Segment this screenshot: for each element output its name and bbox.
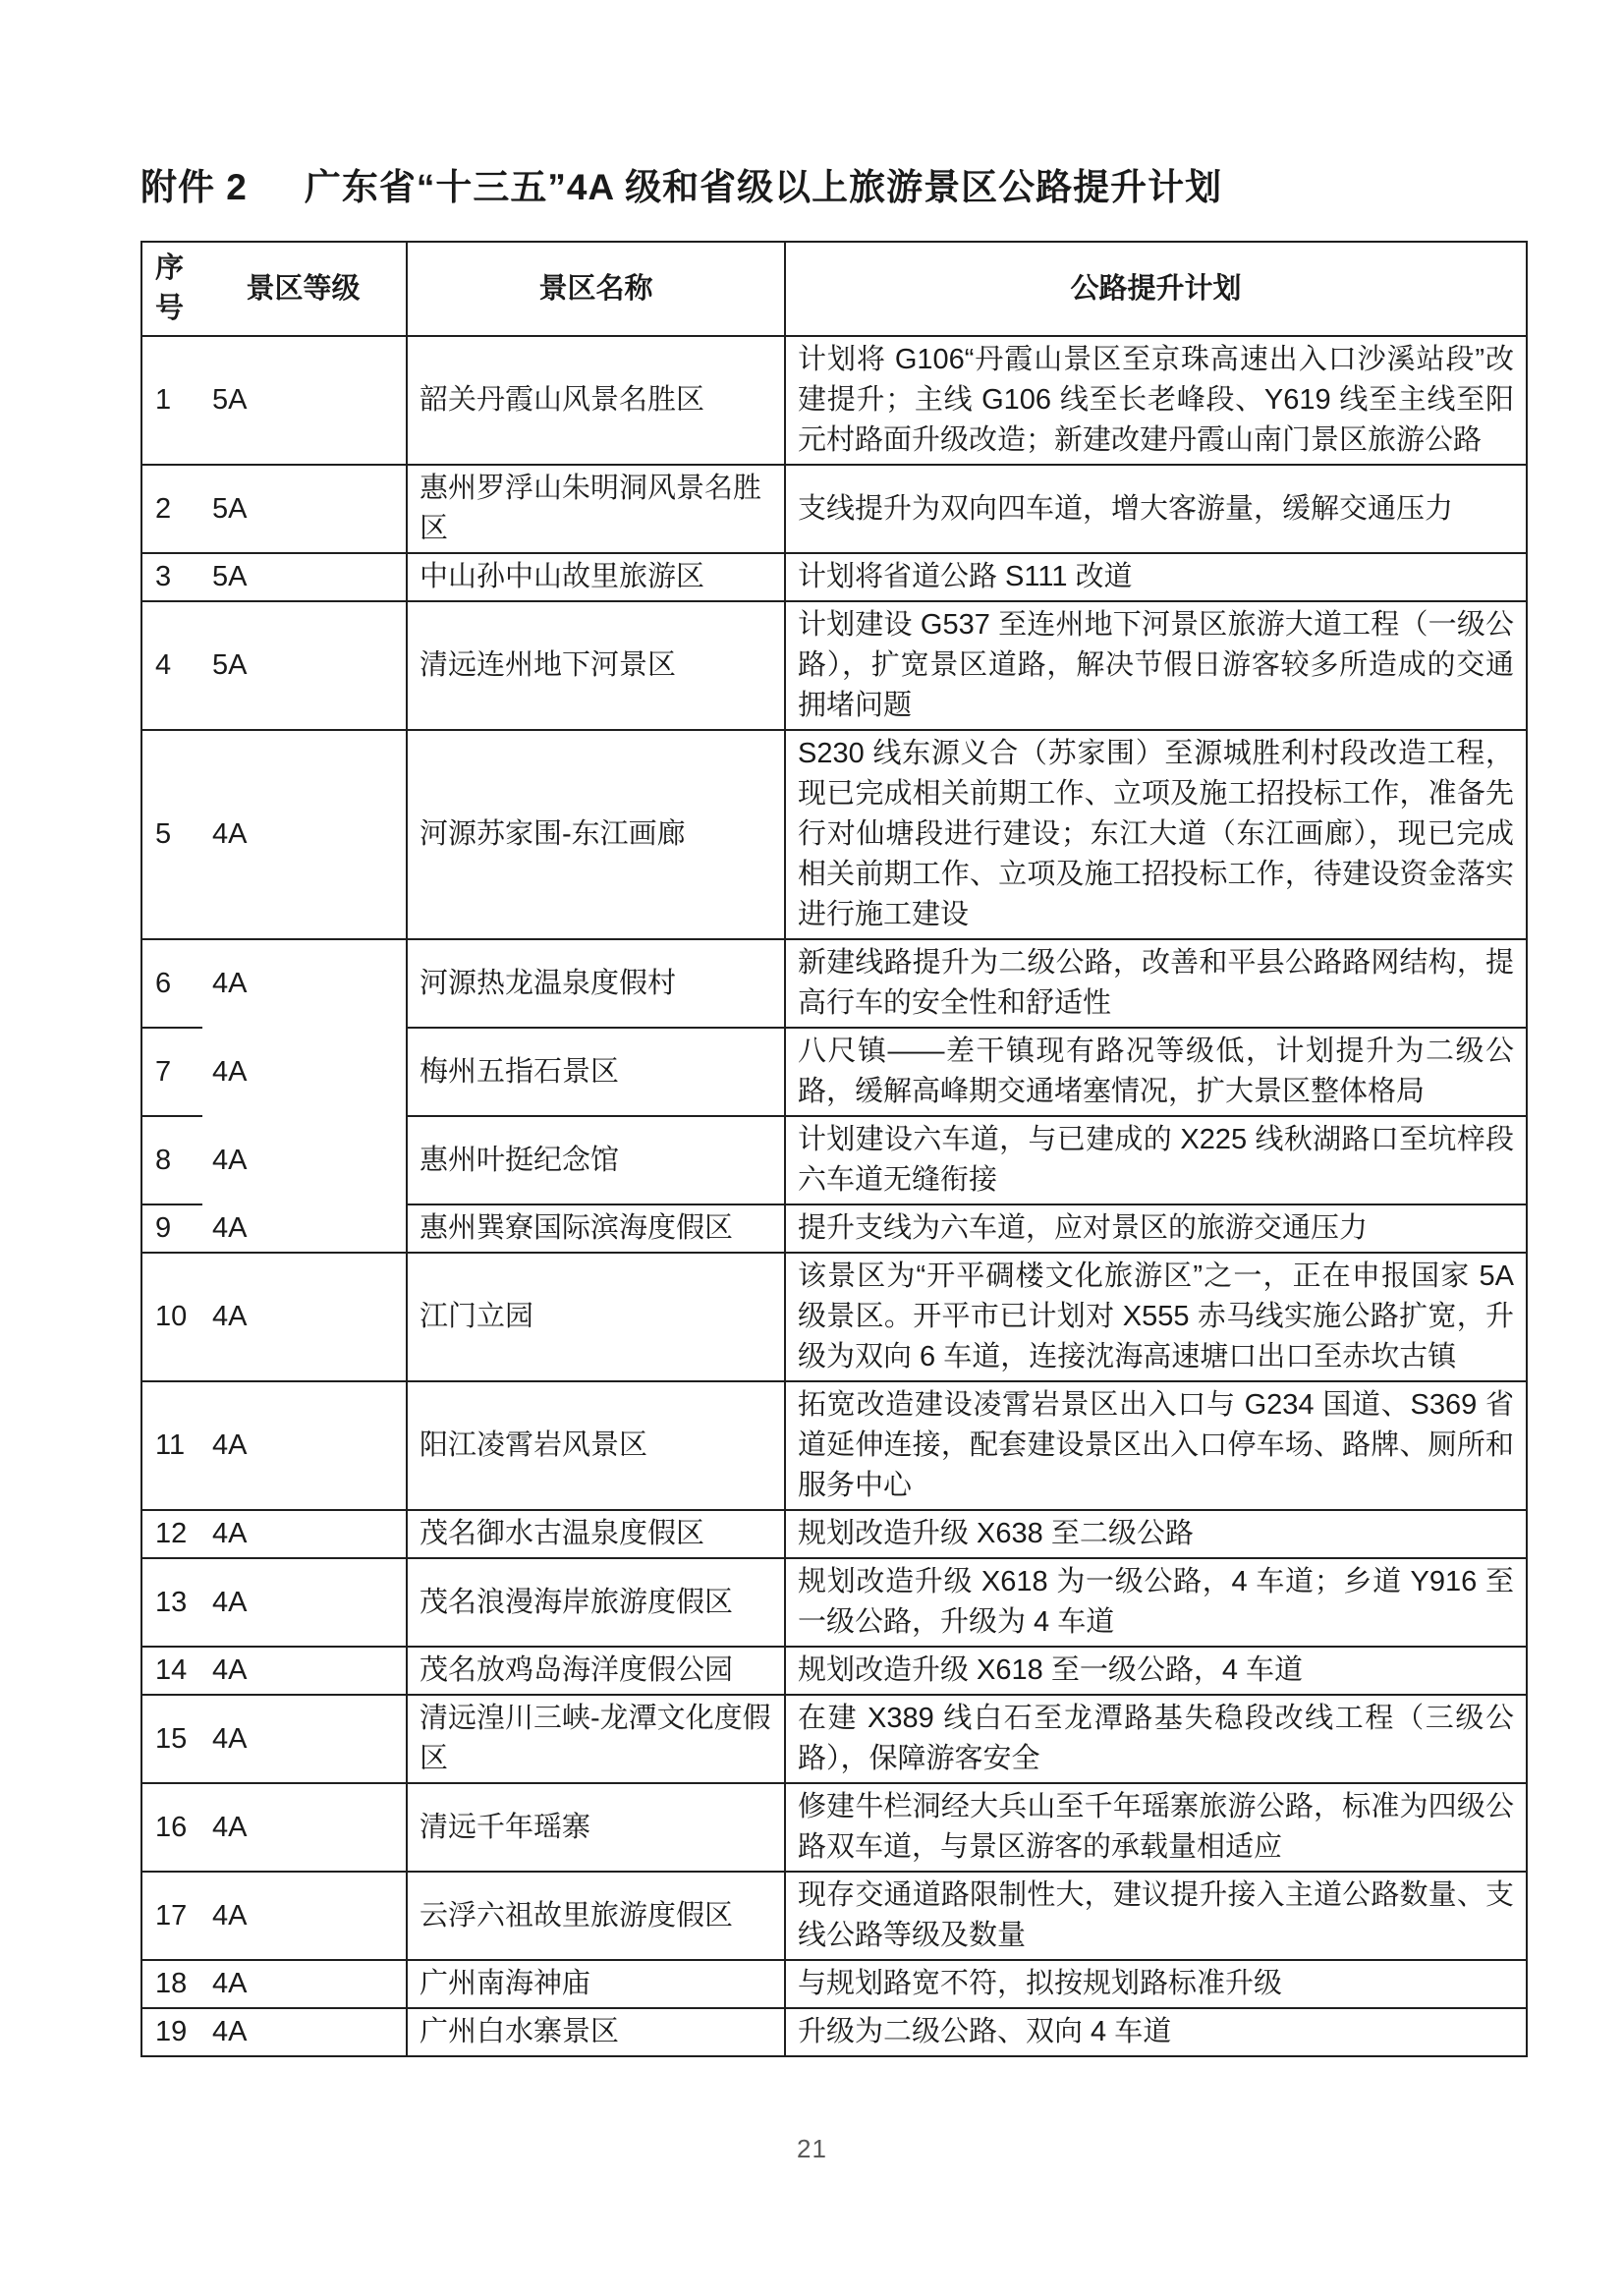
cell-grade: 4A [202, 1253, 407, 1381]
cell-scenic-name: 清远连州地下河景区 [407, 601, 785, 730]
cell-plan: 升级为二级公路、双向 4 车道 [785, 2008, 1527, 2056]
cell-plan: 修建牛栏洞经大兵山至千年瑶寨旅游公路，标准为四级公路双车道，与景区游客的承载量相… [785, 1783, 1527, 1872]
cell-grade: 5A [202, 553, 407, 601]
cell-scenic-name: 阳江凌霄岩风景区 [407, 1381, 785, 1510]
cell-index: 10 [141, 1253, 202, 1381]
cell-grade: 4A [202, 730, 407, 939]
table-row: 164A清远千年瑶寨修建牛栏洞经大兵山至千年瑶寨旅游公路，标准为四级公路双车道，… [141, 1783, 1527, 1872]
cell-scenic-name: 广州南海神庙 [407, 1960, 785, 2008]
cell-index: 5 [141, 730, 202, 939]
header-row: 序号 景区等级 景区名称 公路提升计划 [141, 242, 1527, 336]
table-row: 45A清远连州地下河景区计划建设 G537 至连州地下河景区旅游大道工程（一级公… [141, 601, 1527, 730]
table-body: 15A韶关丹霞山风景名胜区计划将 G106“丹霞山景区至京珠高速出入口沙溪站段”… [141, 336, 1527, 2056]
header-grade: 景区等级 [202, 242, 407, 336]
cell-plan: 计划将省道公路 S111 改道 [785, 553, 1527, 601]
title-row: 附件 2 广东省“十三五”4A 级和省级以上旅游景区公路提升计划 [140, 165, 1222, 210]
cell-plan: 提升支线为六车道，应对景区的旅游交通压力 [785, 1204, 1527, 1253]
cell-index: 15 [141, 1695, 202, 1783]
cell-index: 7 [141, 1028, 202, 1116]
cell-grade: 4A [202, 1960, 407, 2008]
cell-plan: 计划建设六车道，与已建成的 X225 线秋湖路口至坑梓段六车道无缝衔接 [785, 1116, 1527, 1204]
road-improvement-plan-table: 序号 景区等级 景区名称 公路提升计划 15A韶关丹霞山风景名胜区计划将 G10… [140, 241, 1528, 2057]
cell-scenic-name: 惠州罗浮山朱明洞风景名胜区 [407, 465, 785, 553]
cell-index: 17 [141, 1872, 202, 1960]
cell-grade: 4A [202, 1872, 407, 1960]
cell-plan: 拓宽改造建设凌霄岩景区出入口与 G234 国道、S369 省道延伸连接，配套建设… [785, 1381, 1527, 1510]
page-number: 21 [0, 2134, 1624, 2164]
cell-grade: 4A [202, 1558, 407, 1647]
cell-grade: 5A [202, 465, 407, 553]
cell-grade: 4A [202, 1204, 407, 1253]
cell-index: 4 [141, 601, 202, 730]
cell-plan: 八尺镇——差干镇现有路况等级低，计划提升为二级公路，缓解高峰期交通堵塞情况，扩大… [785, 1028, 1527, 1116]
cell-grade: 4A [202, 1381, 407, 1510]
cell-plan: 与规划路宽不符，拟按规划路标准升级 [785, 1960, 1527, 2008]
cell-grade: 4A [202, 1510, 407, 1558]
cell-plan: S230 线东源义合（苏家围）至源城胜利村段改造工程，现已完成相关前期工作、立项… [785, 730, 1527, 939]
cell-grade: 4A [202, 1028, 407, 1116]
table-row: 174A云浮六祖故里旅游度假区现存交通道路限制性大，建议提升接入主道公路数量、支… [141, 1872, 1527, 1960]
header-plan: 公路提升计划 [785, 242, 1527, 336]
document-page: 附件 2 广东省“十三五”4A 级和省级以上旅游景区公路提升计划 序号 景区等级… [0, 0, 1624, 2296]
table-row: 74A梅州五指石景区八尺镇——差干镇现有路况等级低，计划提升为二级公路，缓解高峰… [141, 1028, 1527, 1116]
cell-index: 14 [141, 1647, 202, 1695]
cell-index: 9 [141, 1204, 202, 1253]
cell-index: 11 [141, 1381, 202, 1510]
cell-index: 13 [141, 1558, 202, 1647]
cell-plan: 规划改造升级 X618 至一级公路，4 车道 [785, 1647, 1527, 1695]
cell-index: 19 [141, 2008, 202, 2056]
cell-scenic-name: 茂名御水古温泉度假区 [407, 1510, 785, 1558]
cell-index: 3 [141, 553, 202, 601]
cell-scenic-name: 清远湟川三峡-龙潭文化度假区 [407, 1695, 785, 1783]
cell-grade: 4A [202, 1783, 407, 1872]
table-row: 154A清远湟川三峡-龙潭文化度假区在建 X389 线白石至龙潭路基失稳段改线工… [141, 1695, 1527, 1783]
table-row: 94A惠州巽寮国际滨海度假区提升支线为六车道，应对景区的旅游交通压力 [141, 1204, 1527, 1253]
header-name: 景区名称 [407, 242, 785, 336]
table-header: 序号 景区等级 景区名称 公路提升计划 [141, 242, 1527, 336]
cell-grade: 4A [202, 1647, 407, 1695]
header-index: 序号 [141, 242, 202, 336]
table-row: 15A韶关丹霞山风景名胜区计划将 G106“丹霞山景区至京珠高速出入口沙溪站段”… [141, 336, 1527, 465]
table-row: 84A惠州叶挺纪念馆计划建设六车道，与已建成的 X225 线秋湖路口至坑梓段六车… [141, 1116, 1527, 1204]
table-row: 194A广州白水寨景区升级为二级公路、双向 4 车道 [141, 2008, 1527, 2056]
cell-index: 16 [141, 1783, 202, 1872]
cell-plan: 规划改造升级 X618 为一级公路，4 车道；乡道 Y916 至一级公路，升级为… [785, 1558, 1527, 1647]
table-row: 184A广州南海神庙与规划路宽不符，拟按规划路标准升级 [141, 1960, 1527, 2008]
cell-plan: 规划改造升级 X638 至二级公路 [785, 1510, 1527, 1558]
cell-scenic-name: 河源热龙温泉度假村 [407, 939, 785, 1028]
cell-plan: 该景区为“开平碉楼文化旅游区”之一，正在申报国家 5A 级景区。开平市已计划对 … [785, 1253, 1527, 1381]
table-row: 124A茂名御水古温泉度假区规划改造升级 X638 至二级公路 [141, 1510, 1527, 1558]
cell-scenic-name: 梅州五指石景区 [407, 1028, 785, 1116]
cell-scenic-name: 茂名放鸡岛海洋度假公园 [407, 1647, 785, 1695]
table-row: 104A江门立园该景区为“开平碉楼文化旅游区”之一，正在申报国家 5A 级景区。… [141, 1253, 1527, 1381]
document-title: 广东省“十三五”4A 级和省级以上旅游景区公路提升计划 [305, 165, 1222, 210]
table-row: 64A河源热龙温泉度假村新建线路提升为二级公路，改善和平县公路路网结构，提高行车… [141, 939, 1527, 1028]
cell-plan: 支线提升为双向四车道，增大客游量，缓解交通压力 [785, 465, 1527, 553]
table-row: 144A茂名放鸡岛海洋度假公园规划改造升级 X618 至一级公路，4 车道 [141, 1647, 1527, 1695]
cell-grade: 4A [202, 1116, 407, 1204]
cell-index: 12 [141, 1510, 202, 1558]
cell-grade: 5A [202, 601, 407, 730]
cell-scenic-name: 中山孙中山故里旅游区 [407, 553, 785, 601]
cell-index: 2 [141, 465, 202, 553]
cell-scenic-name: 清远千年瑶寨 [407, 1783, 785, 1872]
cell-scenic-name: 河源苏家围-东江画廊 [407, 730, 785, 939]
cell-index: 8 [141, 1116, 202, 1204]
cell-scenic-name: 惠州叶挺纪念馆 [407, 1116, 785, 1204]
cell-scenic-name: 江门立园 [407, 1253, 785, 1381]
cell-scenic-name: 韶关丹霞山风景名胜区 [407, 336, 785, 465]
cell-grade: 4A [202, 2008, 407, 2056]
cell-grade: 4A [202, 939, 407, 1028]
table-row: 114A阳江凌霄岩风景区拓宽改造建设凌霄岩景区出入口与 G234 国道、S369… [141, 1381, 1527, 1510]
cell-plan: 新建线路提升为二级公路，改善和平县公路路网结构，提高行车的安全性和舒适性 [785, 939, 1527, 1028]
table-row: 54A河源苏家围-东江画廊S230 线东源义合（苏家围）至源城胜利村段改造工程，… [141, 730, 1527, 939]
cell-index: 1 [141, 336, 202, 465]
cell-scenic-name: 惠州巽寮国际滨海度假区 [407, 1204, 785, 1253]
cell-plan: 计划将 G106“丹霞山景区至京珠高速出入口沙溪站段”改建提升；主线 G106 … [785, 336, 1527, 465]
attachment-label: 附件 2 [140, 165, 248, 210]
cell-index: 18 [141, 1960, 202, 2008]
cell-plan: 现存交通道路限制性大，建议提升接入主道公路数量、支线公路等级及数量 [785, 1872, 1527, 1960]
cell-grade: 5A [202, 336, 407, 465]
cell-scenic-name: 茂名浪漫海岸旅游度假区 [407, 1558, 785, 1647]
cell-index: 6 [141, 939, 202, 1028]
table-row: 35A中山孙中山故里旅游区计划将省道公路 S111 改道 [141, 553, 1527, 601]
cell-plan: 计划建设 G537 至连州地下河景区旅游大道工程（一级公路），扩宽景区道路，解决… [785, 601, 1527, 730]
cell-plan: 在建 X389 线白石至龙潭路基失稳段改线工程（三级公路），保障游客安全 [785, 1695, 1527, 1783]
cell-scenic-name: 广州白水寨景区 [407, 2008, 785, 2056]
table-row: 25A惠州罗浮山朱明洞风景名胜区支线提升为双向四车道，增大客游量，缓解交通压力 [141, 465, 1527, 553]
cell-grade: 4A [202, 1695, 407, 1783]
table-row: 134A茂名浪漫海岸旅游度假区规划改造升级 X618 为一级公路，4 车道；乡道… [141, 1558, 1527, 1647]
cell-scenic-name: 云浮六祖故里旅游度假区 [407, 1872, 785, 1960]
